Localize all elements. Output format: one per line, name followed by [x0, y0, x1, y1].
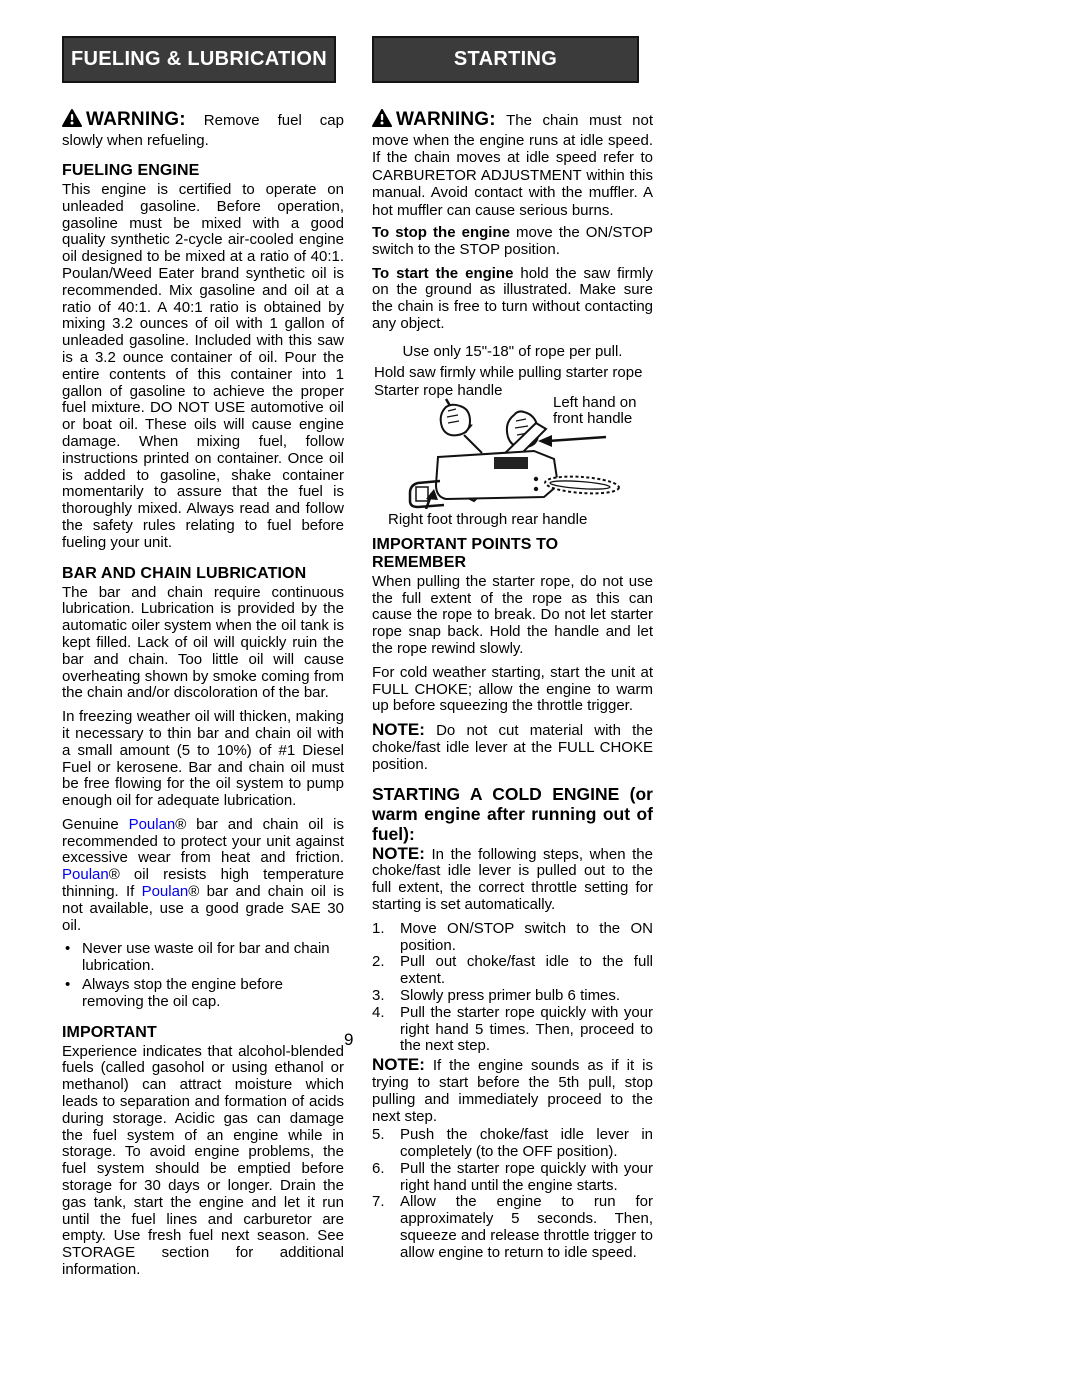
note-engine-sounds: NOTE: If the engine sounds as if it is t…: [372, 1057, 653, 1125]
stop-engine-para: To stop the engine move the ON/STOP swit…: [372, 225, 653, 259]
bullet-marker: •: [62, 941, 82, 975]
warning-triangle-icon: [62, 109, 82, 132]
step-number: 7.: [372, 1194, 400, 1261]
important-points-para1: When pulling the starter rope, do not us…: [372, 574, 653, 658]
brand-name-poulan: Poulan: [142, 883, 189, 900]
rope-length-line: Use only 15"-18" of rope per pull.: [372, 343, 653, 360]
manual-page: FUELING & LUBRICATION WARNING: Remove fu…: [0, 0, 1080, 1397]
heading-starting-cold-engine: STARTING A COLD ENGINE (or warm engine a…: [372, 784, 653, 844]
start-engine-lead: To start the engine: [372, 265, 513, 282]
note-label: NOTE:: [372, 1055, 425, 1074]
bar-chain-para2: In freezing weather oil will thicken, ma…: [62, 709, 344, 810]
fueling-engine-body: This engine is certified to operate on u…: [62, 182, 344, 552]
page-number: 9: [344, 1030, 353, 1050]
important-points-para2: For cold weather starting, start the uni…: [372, 665, 653, 715]
bullet-text: Always stop the engine before removing t…: [82, 977, 344, 1011]
note-cold-engine: NOTE: In the following steps, when the c…: [372, 846, 653, 914]
brand-name-poulan: Poulan: [62, 866, 109, 883]
step-6: 6. Pull the starter rope quickly with yo…: [372, 1161, 653, 1195]
step-4: 4. Pull the starter rope quickly with yo…: [372, 1005, 653, 1055]
note-label: NOTE:: [372, 844, 425, 863]
label-right-foot-through-rear-handle: Right foot through rear handle: [388, 511, 653, 528]
note-full-choke: NOTE: Do not cut material with the choke…: [372, 722, 653, 773]
step-number: 6.: [372, 1161, 400, 1195]
bullet-stop-engine: • Always stop the engine before removing…: [62, 977, 344, 1011]
bullet-text: Never use waste oil for bar and chain lu…: [82, 941, 344, 975]
heading-important: IMPORTANT: [62, 1024, 344, 1042]
step-number: 2.: [372, 954, 400, 988]
step-text: Push the choke/fast idle lever in comple…: [400, 1127, 653, 1161]
bar-chain-para3-poulan: Genuine Poulan® bar and chain oil is rec…: [62, 817, 344, 935]
warning-triangle-icon: [372, 109, 392, 132]
bullet-waste-oil: • Never use waste oil for bar and chain …: [62, 941, 344, 975]
step-text: Pull out choke/fast idle to the full ext…: [400, 954, 653, 988]
column-fueling-lubrication: FUELING & LUBRICATION WARNING: Remove fu…: [62, 36, 344, 1286]
step-text: Pull the starter rope quickly with your …: [400, 1161, 653, 1195]
important-body: Experience indicates that alcohol-blende…: [62, 1044, 344, 1279]
step-number: 4.: [372, 1005, 400, 1055]
warning-label: WARNING:: [396, 109, 496, 130]
step-text: Pull the starter rope quickly with your …: [400, 1005, 653, 1055]
step-3: 3. Slowly press primer bulb 6 times.: [372, 988, 653, 1005]
starting-illustration: Starter rope handle Left hand on front h…: [372, 383, 653, 511]
step-2: 2. Pull out choke/fast idle to the full …: [372, 954, 653, 988]
bar-chain-para1: The bar and chain require continuous lub…: [62, 585, 344, 703]
warning-starting: WARNING: The chain must not move when th…: [372, 109, 653, 219]
chainsaw-illustration: [386, 397, 621, 509]
section-header-fueling-lubrication: FUELING & LUBRICATION: [62, 36, 336, 83]
step-number: 3.: [372, 988, 400, 1005]
warning-label: WARNING:: [86, 109, 186, 130]
stop-engine-lead: To stop the engine: [372, 224, 510, 241]
bullet-marker: •: [62, 977, 82, 1011]
heading-fueling-engine: FUELING ENGINE: [62, 162, 344, 180]
column-starting: STARTING WARNING: The chain must not mov…: [372, 36, 653, 1262]
step-1: 1. Move ON/STOP switch to the ON positio…: [372, 921, 653, 955]
heading-bar-chain-lubrication: BAR AND CHAIN LUBRICATION: [62, 565, 344, 583]
text-segment: Genuine: [62, 816, 129, 833]
step-text: Move ON/STOP switch to the ON position.: [400, 921, 653, 955]
brand-name-poulan: Poulan: [129, 816, 176, 833]
step-5: 5. Push the choke/fast idle lever in com…: [372, 1127, 653, 1161]
warning-fueling: WARNING: Remove fuel cap slowly when ref…: [62, 109, 344, 149]
step-number: 5.: [372, 1127, 400, 1161]
heading-important-points: IMPORTANT POINTS TO REMEMBER: [372, 536, 653, 572]
hold-saw-line: Hold saw firmly while pulling starter ro…: [374, 364, 653, 381]
note-label: NOTE:: [372, 720, 425, 739]
section-header-starting: STARTING: [372, 36, 639, 83]
step-text: Allow the engine to run for approximatel…: [400, 1194, 653, 1261]
step-7: 7. Allow the engine to run for approxima…: [372, 1194, 653, 1261]
start-engine-para: To start the engine hold the saw firmly …: [372, 266, 653, 333]
step-text: Slowly press primer bulb 6 times.: [400, 988, 653, 1005]
step-number: 1.: [372, 921, 400, 955]
